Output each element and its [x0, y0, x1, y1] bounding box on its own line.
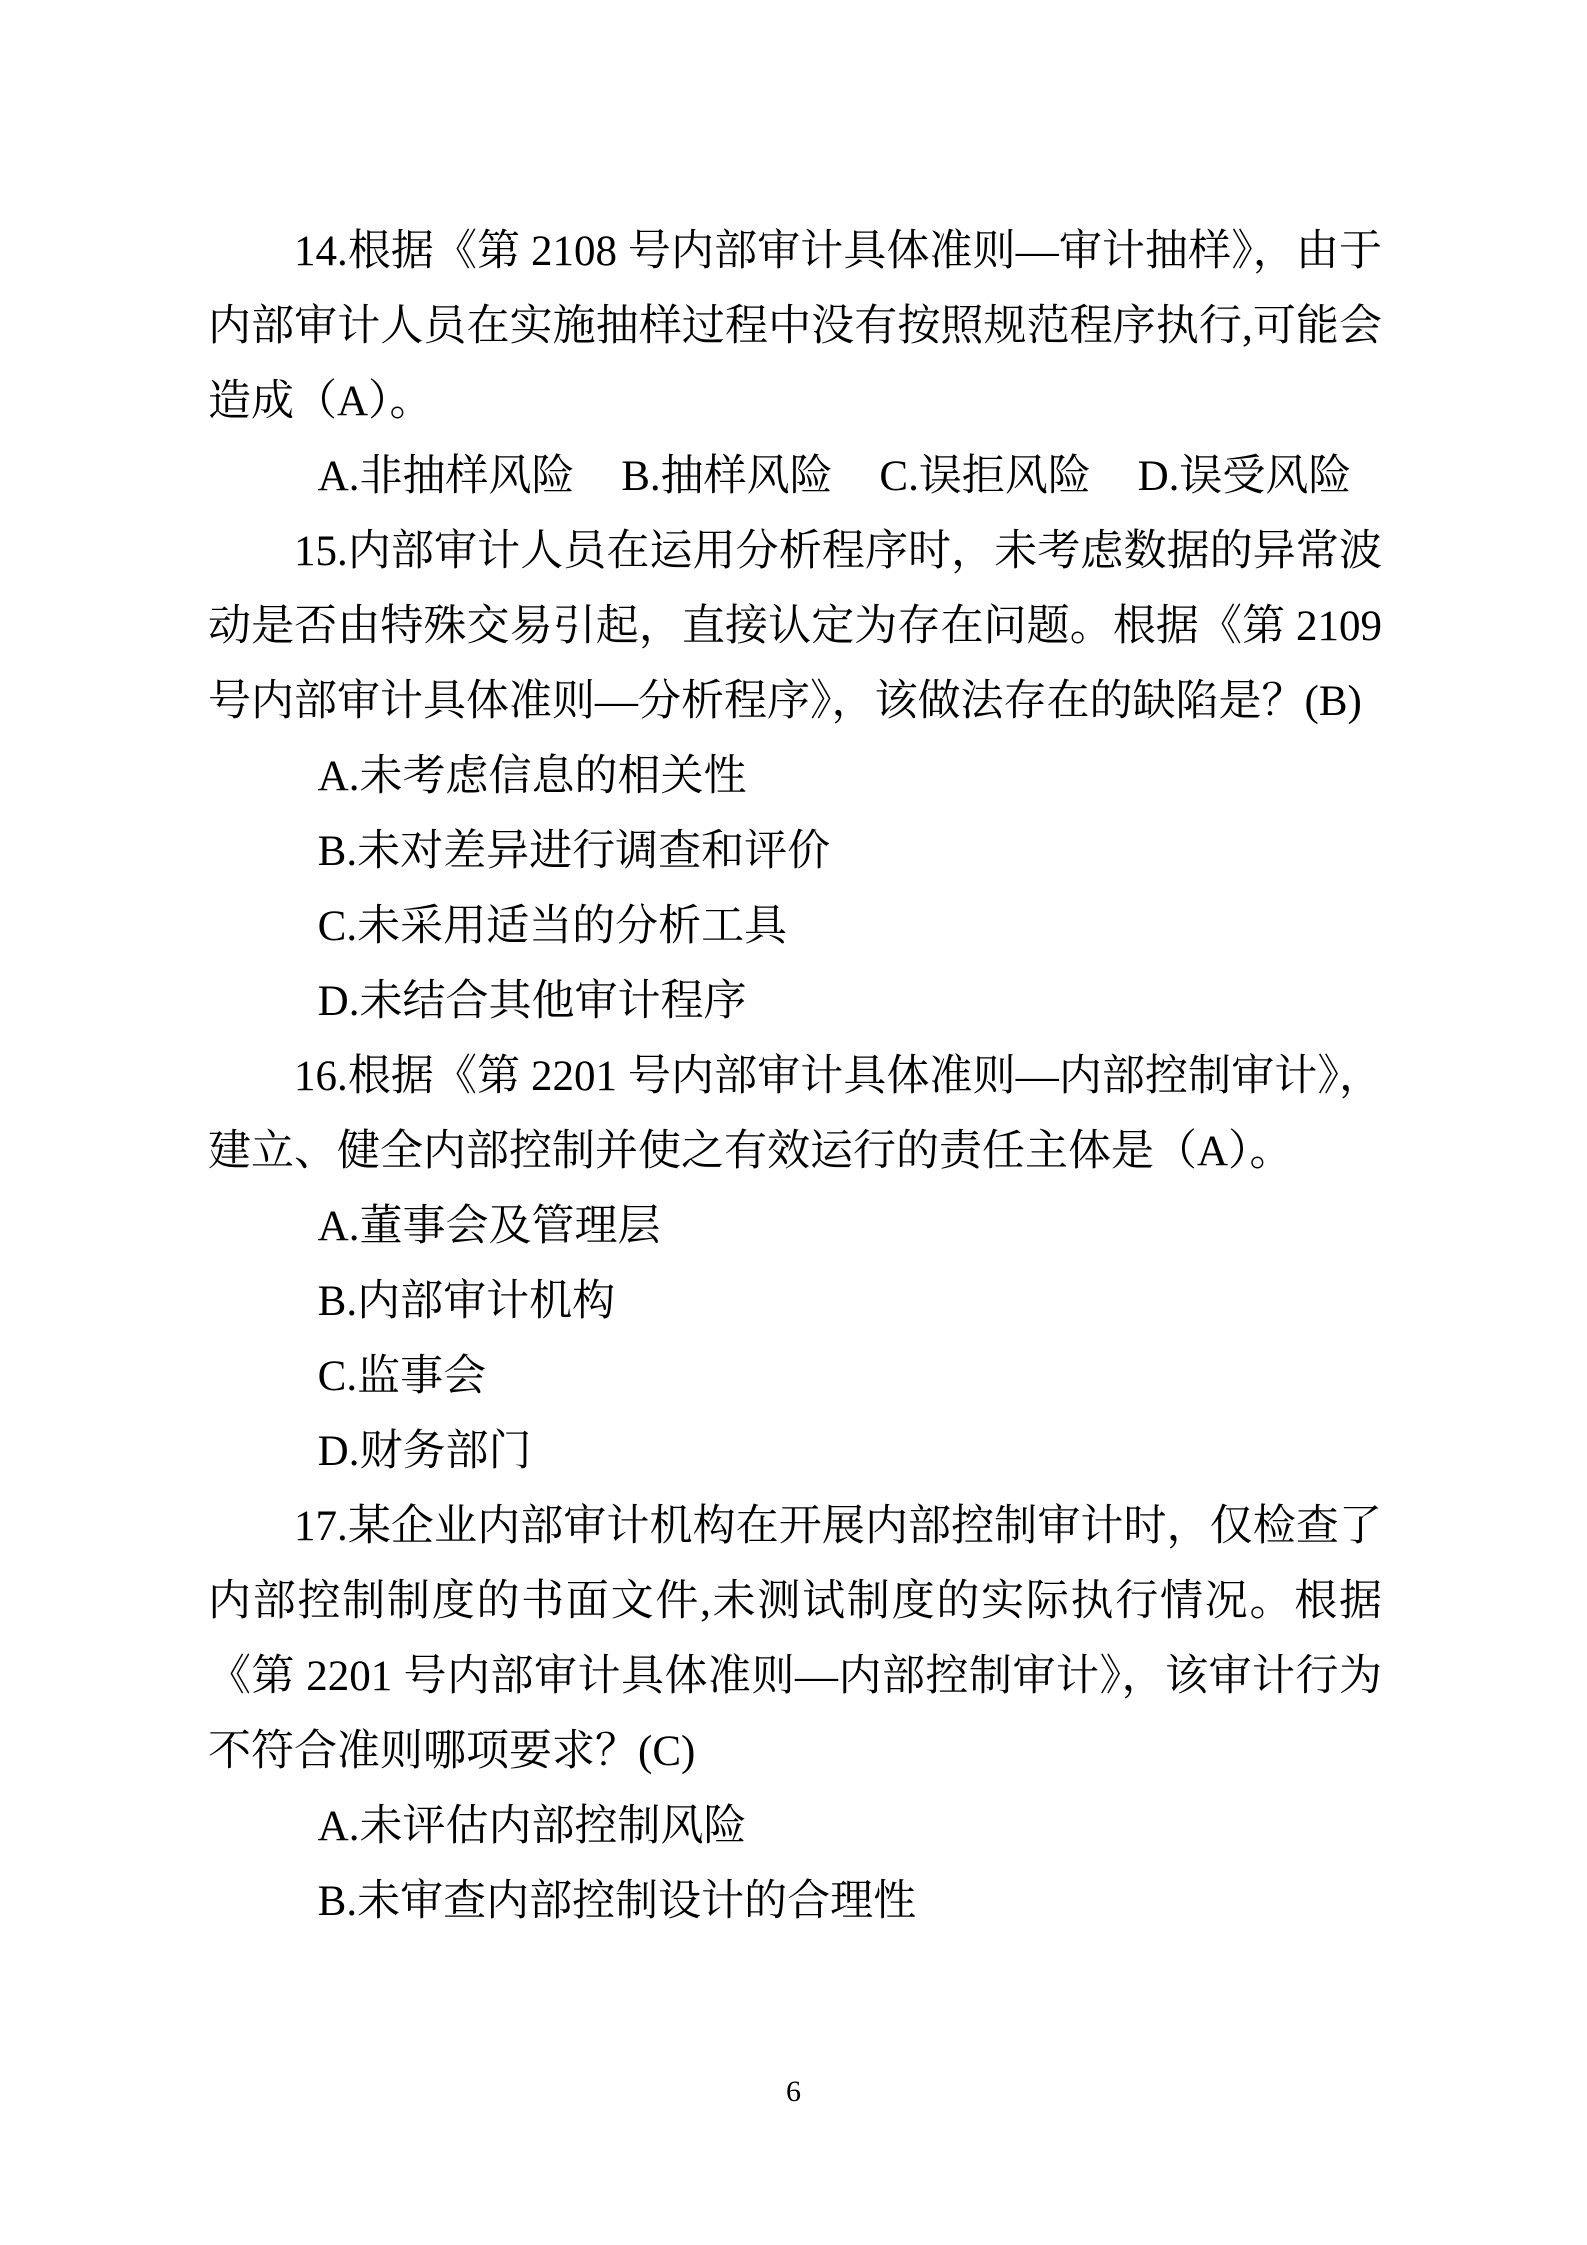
- question-14-option-d: D.误受风险: [1138, 453, 1352, 500]
- question-15-option-c: C.未采用适当的分析工具: [208, 889, 1382, 964]
- question-16-option-d: D.财务部门: [208, 1414, 1382, 1489]
- question-16-option-b: B.内部审计机构: [208, 1264, 1382, 1339]
- question-17-block: 17.某企业内部审计机构在开展内部控制审计时，仅检查了内部控制制度的书面文件,未…: [208, 1489, 1382, 1939]
- question-14-options: A.非抽样风险 B.抽样风险 C.误拒风险 D.误受风险: [208, 439, 1382, 514]
- question-14-block: 14.根据《第 2108 号内部审计具体准则—审计抽样》，由于内部审计人员在实施…: [208, 214, 1382, 514]
- question-15-stem: 15.内部审计人员在运用分析程序时，未考虑数据的异常波动是否由特殊交易引起，直接…: [208, 514, 1382, 739]
- question-15-option-b: B.未对差异进行调查和评价: [208, 814, 1382, 889]
- question-17-option-a: A.未评估内部控制风险: [208, 1789, 1382, 1864]
- document-page: { "document": { "questions": [ { "number…: [0, 0, 1587, 2245]
- question-15-block: 15.内部审计人员在运用分析程序时，未考虑数据的异常波动是否由特殊交易引起，直接…: [208, 514, 1382, 1039]
- question-17-stem: 17.某企业内部审计机构在开展内部控制审计时，仅检查了内部控制制度的书面文件,未…: [208, 1489, 1382, 1789]
- question-16-option-a: A.董事会及管理层: [208, 1189, 1382, 1264]
- question-14-option-c: C.误拒风险: [879, 453, 1090, 500]
- question-17-option-b: B.未审查内部控制设计的合理性: [208, 1864, 1382, 1939]
- page-text-block: 14.根据《第 2108 号内部审计具体准则—审计抽样》，由于内部审计人员在实施…: [208, 214, 1382, 1939]
- question-14-stem: 14.根据《第 2108 号内部审计具体准则—审计抽样》，由于内部审计人员在实施…: [208, 214, 1382, 439]
- page-number: 6: [786, 2075, 801, 2108]
- question-15-option-a: A.未考虑信息的相关性: [208, 739, 1382, 814]
- question-14-option-a: A.非抽样风险: [318, 453, 575, 500]
- question-15-option-d: D.未结合其他审计程序: [208, 964, 1382, 1039]
- question-16-block: 16.根据《第 2201 号内部审计具体准则—内部控制审计》，建立、健全内部控制…: [208, 1039, 1382, 1489]
- page-footer: 6: [0, 2072, 1587, 2112]
- question-16-option-c: C.监事会: [208, 1339, 1382, 1414]
- question-14-option-b: B.抽样风险: [621, 453, 832, 500]
- question-16-stem: 16.根据《第 2201 号内部审计具体准则—内部控制审计》，建立、健全内部控制…: [208, 1039, 1382, 1189]
